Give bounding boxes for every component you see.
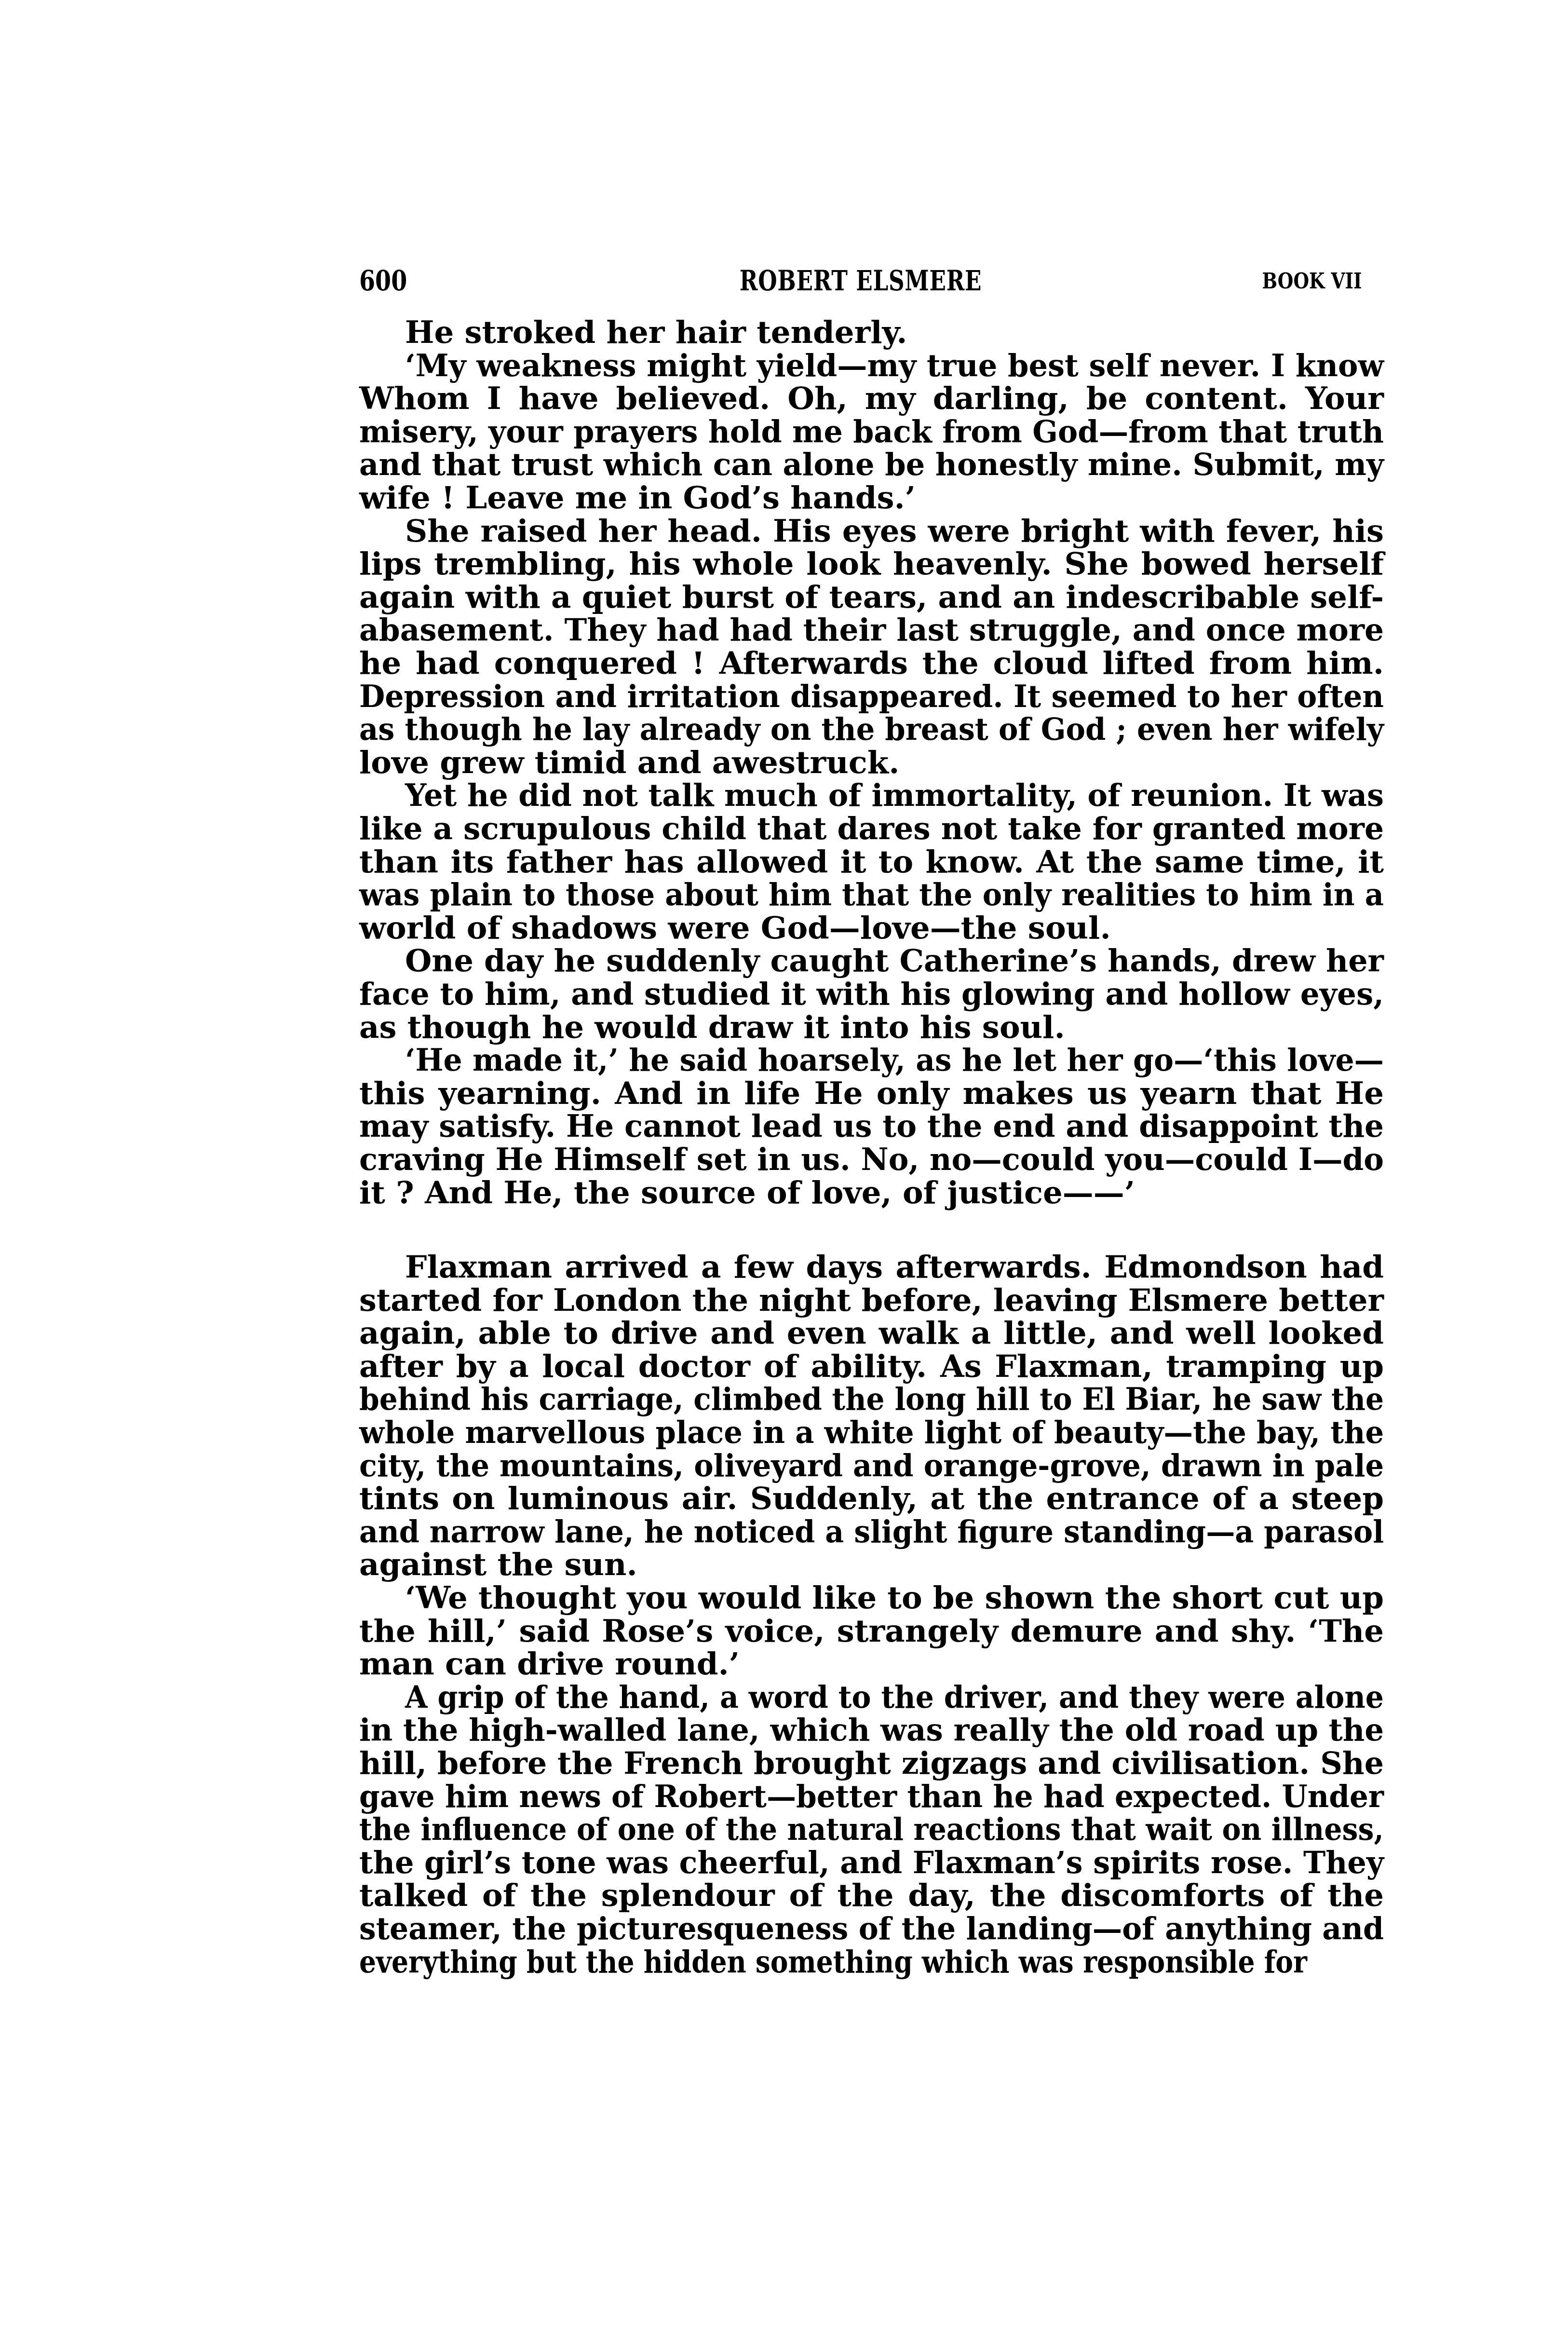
text-line: craving He Himself set in us. No, no—cou… (359, 1143, 1384, 1177)
text-line: he had conquered ! Afterwards the cloud … (359, 647, 1384, 680)
text-line: lips trembling, his whole look heavenly.… (359, 547, 1384, 581)
text-line: in the high-walled lane, which was reall… (359, 1713, 1384, 1747)
text-line: and narrow lane, he noticed a slight fig… (359, 1515, 1384, 1549)
text-line: than its father has allowed it to know. … (359, 845, 1384, 879)
text-line: everything but the hidden something whic… (359, 1945, 1384, 1979)
text-line: world of shadows were God—love—the soul. (359, 911, 1384, 945)
text-line: abasement. They had had their last strug… (359, 613, 1384, 647)
running-title: ROBERT ELSMERE (359, 264, 1362, 297)
text-line: again, able to drive and even walk a lit… (359, 1317, 1384, 1350)
paragraph-first-line: ‘We thought you would like to be shown t… (359, 1581, 1384, 1615)
text-line: misery, your prayers hold me back from G… (359, 415, 1384, 449)
text-line: city, the mountains, oliveyard and orang… (359, 1449, 1384, 1483)
text-line: whole marvellous place in a white light … (359, 1416, 1384, 1450)
text-line: love grew timid and awestruck. (359, 746, 1384, 780)
paragraph-first-line: Flaxman arrived a few days afterwards. E… (359, 1251, 1384, 1284)
text-line: after by a local doctor of ability. As F… (359, 1350, 1384, 1384)
text-line: and that trust which can alone be honest… (359, 448, 1384, 482)
book-page: 600 ROBERT ELSMERE BOOK VII He stroked h… (0, 0, 1568, 2352)
text-line: was plain to those about him that the on… (359, 878, 1384, 912)
text-line: behind his carriage, climbed the long hi… (359, 1383, 1384, 1416)
text-line: the hill,’ said Rose’s voice, strangely … (359, 1615, 1384, 1648)
paragraph-first-line: ‘My weakness might yield—my true best se… (359, 349, 1384, 383)
text-line: gave him news of Robert—better than he h… (359, 1780, 1384, 1814)
text-line: this yearning. And in life He only makes… (359, 1077, 1384, 1111)
text-line: again with a quiet burst of tears, and a… (359, 581, 1384, 614)
text-line: Depression and irritation disappeared. I… (359, 680, 1384, 714)
text-line: as though he lay already on the breast o… (359, 713, 1384, 747)
text-line: wife ! Leave me in God’s hands.’ (359, 481, 1384, 515)
book-section-label: BOOK VII (1262, 269, 1362, 294)
paragraph-first-line: ‘He made it,’ he said hoarsely, as he le… (359, 1044, 1384, 1077)
text-line: against the sun. (359, 1548, 1384, 1582)
paragraph-first-line: Yet he did not talk much of immortality,… (359, 779, 1384, 813)
text-line: started for London the night before, lea… (359, 1284, 1384, 1318)
paragraph-first-line: She raised her head. His eyes were brigh… (359, 515, 1384, 548)
text-line: steamer, the picturesqueness of the land… (359, 1912, 1384, 1946)
text-line: the girl’s tone was cheerful, and Flaxma… (359, 1846, 1384, 1880)
running-header: 600 ROBERT ELSMERE BOOK VII (359, 264, 1362, 298)
running-title-text: ROBERT ELSMERE (740, 264, 982, 297)
text-line: tints on luminous air. Suddenly, at the … (359, 1482, 1384, 1516)
text-line: it ? And He, the source of love, of just… (359, 1176, 1384, 1210)
text-line: may satisfy. He cannot lead us to the en… (359, 1110, 1384, 1143)
text-line: as though he would draw it into his soul… (359, 1011, 1384, 1045)
text-line: the influence of one of the natural reac… (359, 1813, 1384, 1847)
text-line: talked of the splendour of the day, the … (359, 1879, 1384, 1913)
text-line: man can drive round.’ (359, 1647, 1384, 1681)
paragraph-first-line: He stroked her hair tenderly. (359, 316, 1384, 350)
paragraph-first-line: One day he suddenly caught Catherine’s h… (359, 944, 1384, 978)
text-line: hill, before the French brought zigzags … (359, 1747, 1384, 1781)
text-line: like a scrupulous child that dares not t… (359, 812, 1384, 846)
text-line: Whom I have believed. Oh, my darling, be… (359, 382, 1384, 416)
paragraph-first-line: A grip of the hand, a word to the driver… (359, 1681, 1384, 1714)
text-line: face to him, and studied it with his glo… (359, 978, 1384, 1011)
